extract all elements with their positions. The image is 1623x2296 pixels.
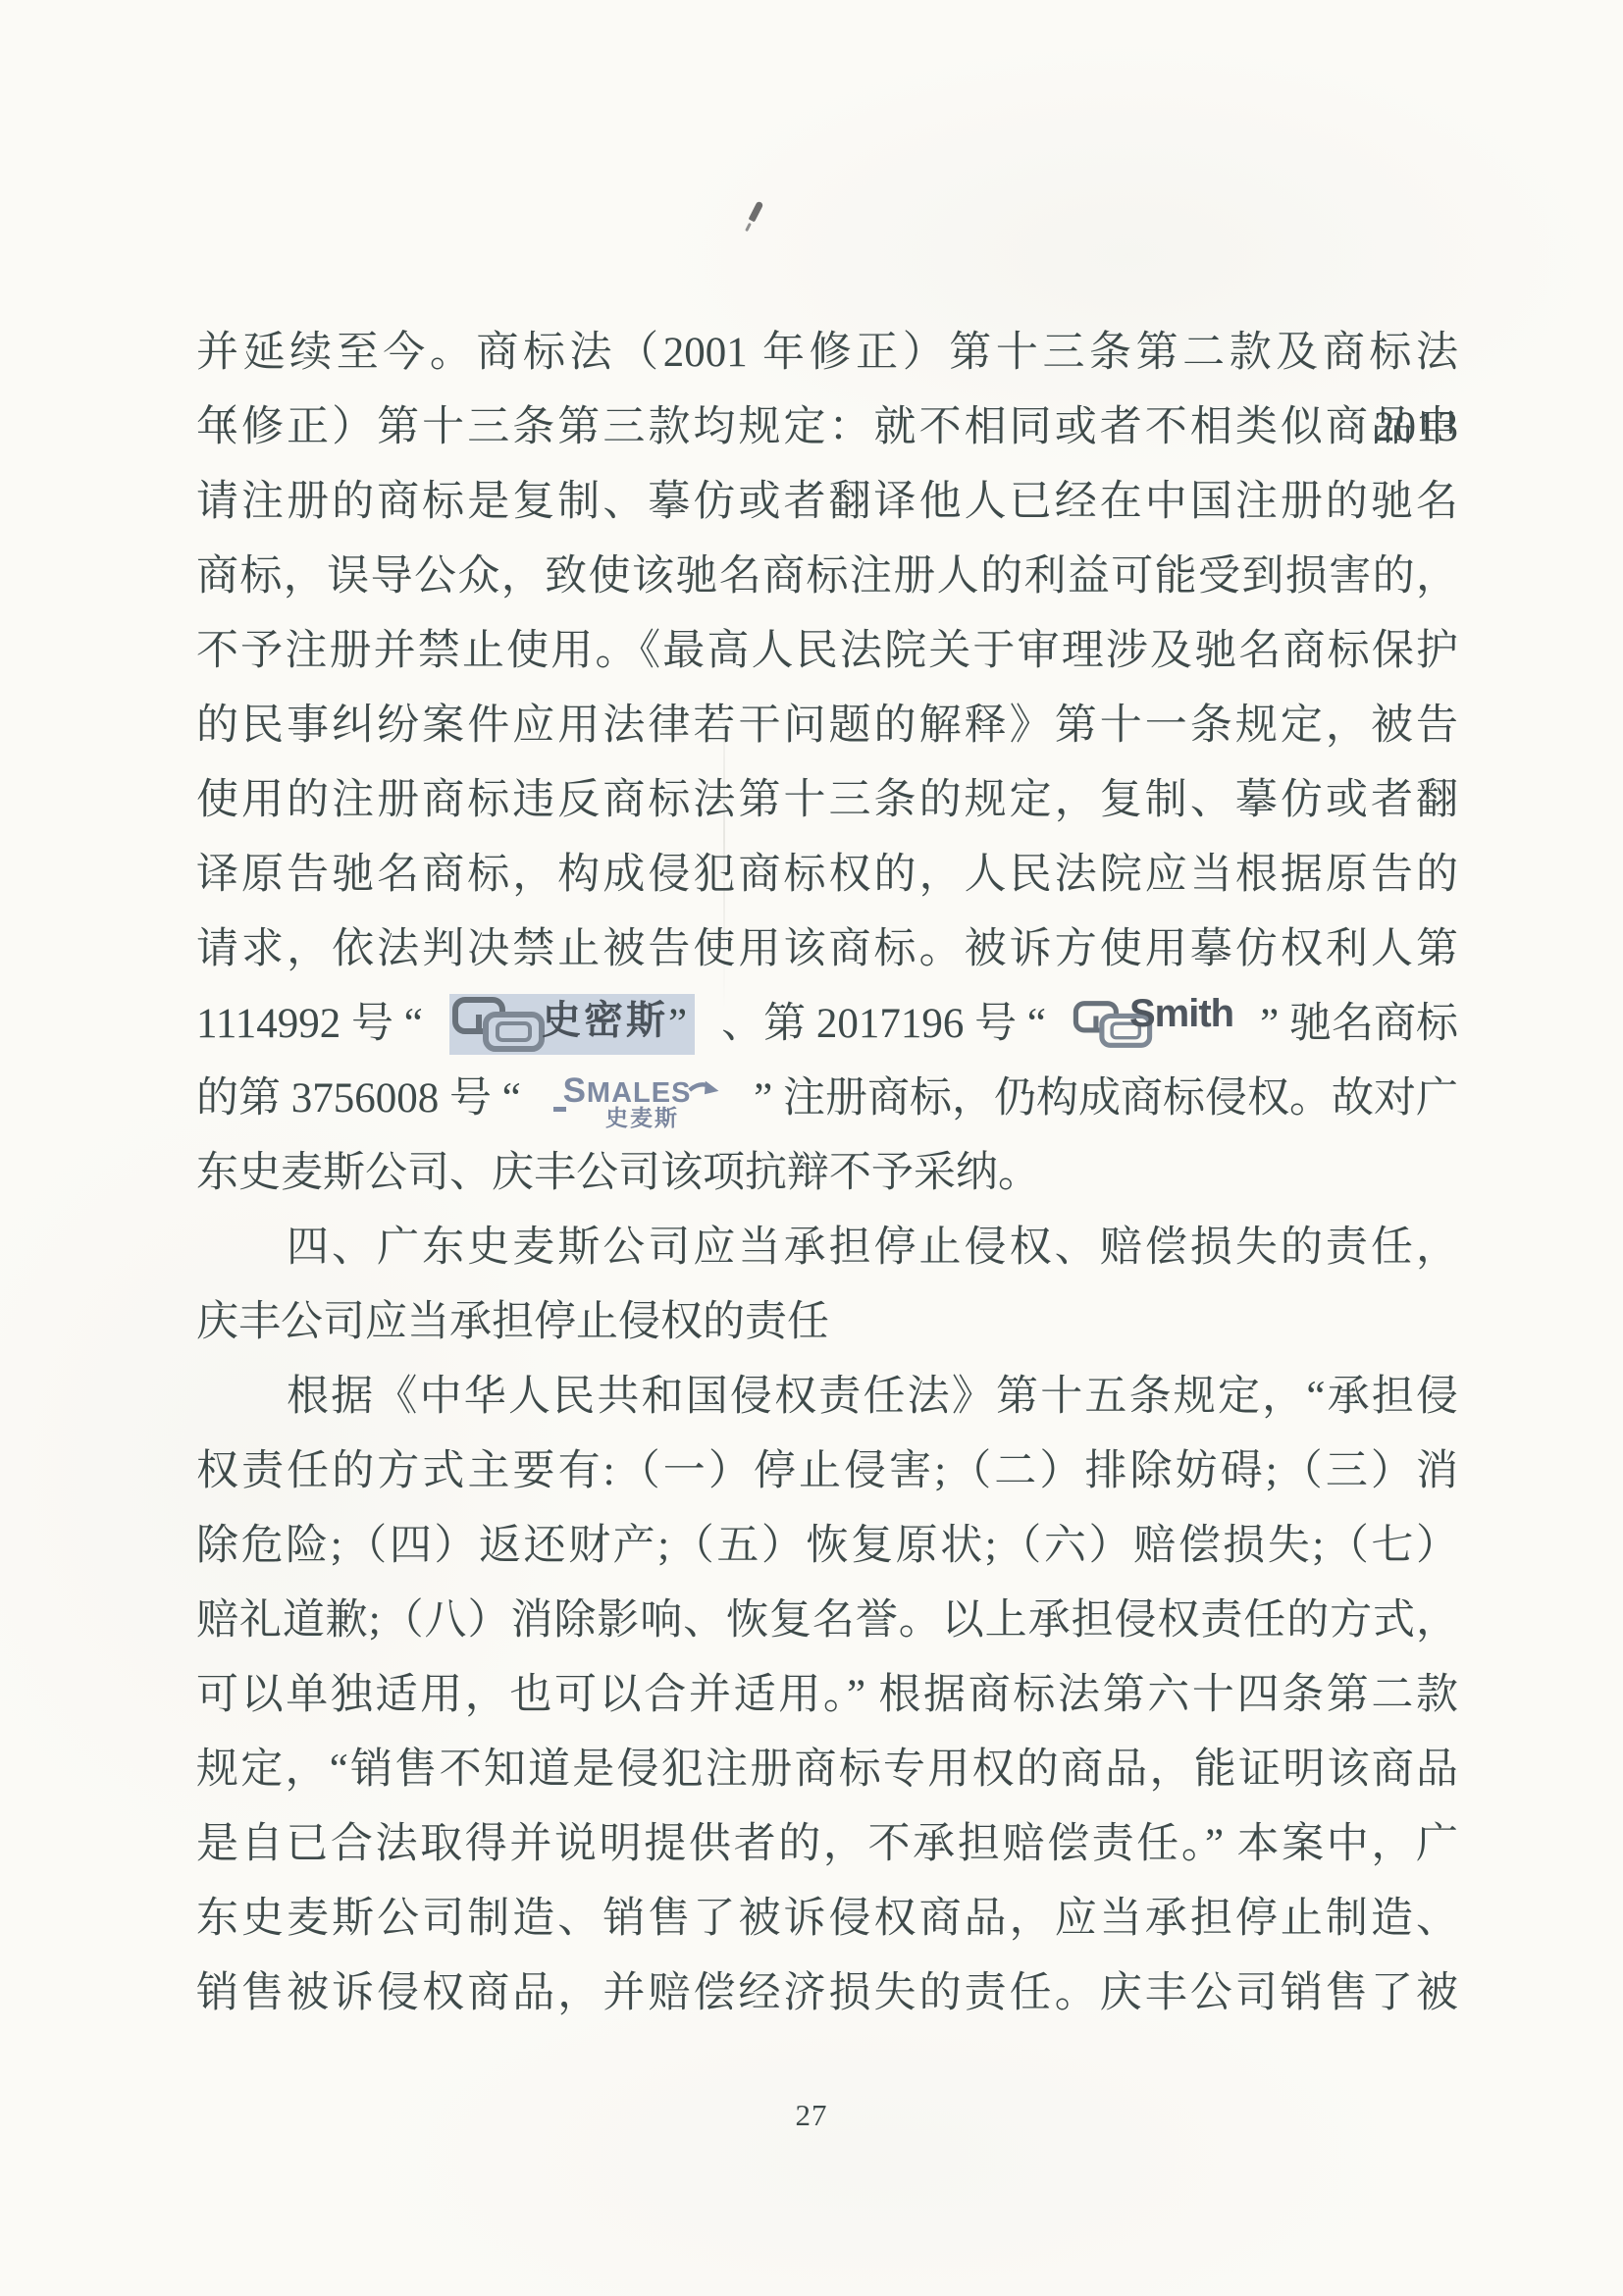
heading-line: 四、广东史麦斯公司应当承担停止侵权、赔偿损失的责任， [196,1211,1458,1285]
text-line: 请注册的商标是复制、摹仿或者翻译他人已经在中国注册的驰名 [196,465,1458,540]
trademark-smales: SMALES 史麦斯 [553,1077,722,1128]
text-line: 赔礼道歉;（八）消除影响、恢复名誉。以上承担侵权责任的方式， [196,1584,1458,1658]
text-line: 并延续至今。商标法（2001 年修正）第十三条第二款及商标法（2013 [196,316,1458,391]
text-line: 译原告驰名商标，构成侵犯商标权的，人民法院应当根据原告的 [196,838,1458,913]
page-number: 27 [0,2098,1623,2133]
trademark-ao-smith: Smith [1073,987,1233,1062]
text-line: 权责任的方式主要有:（一）停止侵害;（二）排除妨碍;（三）消 [196,1435,1458,1509]
pen-mark-artifact-tail [745,223,752,232]
trademark-shimisi-highlighted: 史密斯 ” [449,994,695,1055]
text-line: 除危险;（四）返还财产;（五）恢复原状;（六）赔偿损失;（七） [196,1509,1458,1584]
text-line: 商标，误导公众，致使该驰名商标注册人的利益可能受到损害的， [196,540,1458,614]
reg-number-prefix: 1114992 号 “ [196,987,423,1062]
text-line: 根据《中华人民共和国侵权责任法》第十五条规定，“承担侵 [196,1360,1458,1435]
text-line: 不予注册并禁止使用。《最高人民法院关于审理涉及驰名商标保护 [196,614,1458,689]
smales-wordmark: SMALES [563,1077,722,1107]
reg-number-mid: 、第 2017196 号 “ [721,987,1046,1062]
judgment-text-block: 并延续至今。商标法（2001 年修正）第十三条第二款及商标法（2013 年修正）… [196,316,1458,2031]
text-line: 东史麦斯公司制造、销售了被诉侵权商品，应当承担停止制造、 [196,1882,1458,1957]
text-line: 销售被诉侵权商品，并赔偿经济损失的责任。庆丰公司销售了被 [196,1957,1458,2031]
smales-cn-text: 史麦斯 [563,1107,722,1128]
closing-quote: ” [668,987,687,1062]
heading-line: 庆丰公司应当承担停止侵权的责任 [196,1285,1458,1360]
text-line-with-trademarks: 1114992 号 “ 史密斯 ” 、第 2017196 号 “ [196,987,1458,1062]
trademark-smith-text: Smith [1129,976,1233,1051]
text-line: 的民事纠纷案件应用法律若干问题的解释》第十一条规定，被告 [196,689,1458,763]
pen-mark-artifact [749,201,764,223]
text-line: 规定，“销售不知道是侵犯注册商标专用权的商品，能证明该商品 [196,1733,1458,1807]
line-suffix: ” 驰名商标 [1260,987,1458,1062]
text-line: 可以单独适用，也可以合并适用。” 根据商标法第六十四条第二款 [196,1658,1458,1733]
arrow-swoosh-icon [688,1078,721,1102]
text-line: 使用的注册商标违反商标法第十三条的规定，复制、摹仿或者翻 [196,763,1458,838]
ao-monogram-icon [451,996,546,1053]
smales-dash-mark [553,1107,566,1112]
line-suffix: ” 注册商标，仍构成商标侵权。故对广 [754,1062,1458,1136]
text-line-with-trademarks: 的第 3756008 号 “ SMALES 史麦斯 ” 注册商标，仍构成商标侵权… [196,1062,1458,1136]
trademark-shimisi-text: 史密斯 [542,983,668,1058]
text-line: 请求，依法判决禁止被告使用该商标。被诉方使用摹仿权利人第 [196,913,1458,987]
text-line: 东史麦斯公司、庆丰公司该项抗辩不予采纳。 [196,1136,1458,1211]
scanned-judgment-page: 并延续至今。商标法（2001 年修正）第十三条第二款及商标法（2013 年修正）… [0,0,1623,2296]
text-line: 是自已合法取得并说明提供者的，不承担赔偿责任。” 本案中，广 [196,1807,1458,1882]
reg-number-prefix: 的第 3756008 号 “ [196,1062,521,1136]
text-line: 年修正）第十三条第三款均规定：就不相同或者不相类似商品申 [196,391,1458,465]
